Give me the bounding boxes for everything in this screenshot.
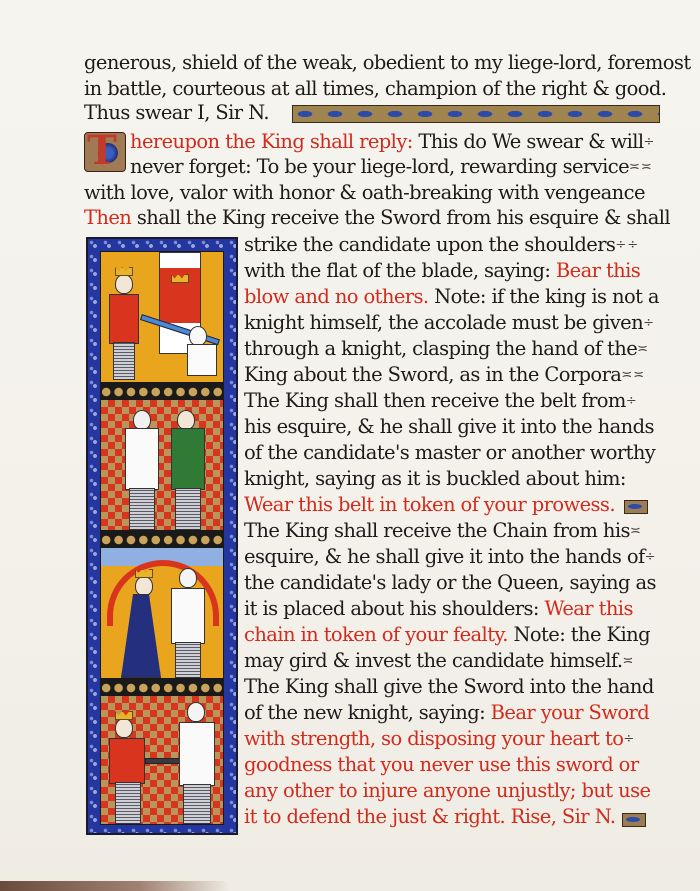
- text-line-2: in battle, courteous at all times, champ…: [84, 76, 666, 102]
- knight-head-icon: [177, 410, 195, 430]
- rubric-segment: chain in token of your fealty.: [244, 623, 508, 646]
- text-line-26: of the new knight, saying: Bear your Swo…: [244, 700, 649, 726]
- line-filler-icon: ÷: [645, 550, 657, 565]
- text-line-22: it is placed about his shoulders: Wear t…: [244, 596, 633, 622]
- drop-cap-initial: T: [84, 132, 126, 172]
- esquire-tunic-icon: [125, 428, 159, 490]
- text-segment: This do We swear & will: [413, 130, 644, 153]
- text-line-20: esquire, & he shall give it into the han…: [244, 544, 657, 571]
- king-head-icon: [115, 274, 133, 294]
- king-head-icon: [115, 718, 133, 738]
- text-line-9: with the flat of the blade, saying: Bear…: [244, 258, 640, 284]
- text-line-30: it to defend the just & right. Rise, Sir…: [244, 804, 615, 830]
- text-line-6: with love, valor with honor & oath-break…: [84, 180, 645, 206]
- text-segment: in battle, courteous at all times, champ…: [84, 77, 666, 100]
- text-line-5: never forget: To be your liege-lord, rew…: [130, 154, 653, 181]
- knight-green-tunic-icon: [171, 428, 205, 490]
- text-line-4: hereupon the King shall reply: This do W…: [130, 129, 655, 156]
- miniature-panel-chain: [100, 547, 224, 679]
- rubric-segment: hereupon the King shall reply:: [130, 130, 413, 153]
- text-segment: through a knight, clasping the hand of t…: [244, 337, 637, 360]
- text-line-25: The King shall give the Sword into the h…: [244, 674, 654, 700]
- text-segment: generous, shield of the weak, obedient t…: [84, 51, 691, 74]
- knight-white-tunic-icon: [171, 588, 205, 644]
- rubric-segment: it to defend the just & right. Rise, Sir…: [244, 805, 615, 828]
- text-line-24: may gird & invest the candidate himself.…: [244, 648, 634, 675]
- rubric-segment: Wear this belt in token of your prowess.: [244, 493, 615, 516]
- text-line-28: goodness that you never use this sword o…: [244, 752, 639, 778]
- line-filler-icon: ≍: [630, 524, 642, 539]
- line-filler-icon: ÷: [643, 135, 655, 150]
- text-segment: The King shall receive the Chain from hi…: [244, 519, 630, 542]
- candidate-head-icon: [189, 326, 207, 346]
- line-filler-icon: ≍: [637, 342, 649, 357]
- page-edge-shadow: [0, 881, 230, 891]
- text-segment: shall the King receive the Sword from hi…: [131, 206, 670, 229]
- rubric-segment: with strength, so disposing your heart t…: [244, 727, 623, 750]
- knight-mail-legs-icon: [175, 642, 201, 678]
- text-line-10: blow and no others. Note: if the king is…: [244, 284, 659, 310]
- new-knight-tunic-icon: [179, 722, 215, 786]
- text-segment: strike the candidate upon the shoulders: [244, 233, 615, 256]
- king-mail-legs-icon: [115, 782, 141, 824]
- lady-head-icon: [135, 576, 153, 596]
- line-filler-icon: ≍≍: [621, 368, 645, 383]
- text-segment: Thus swear I, Sir N.: [84, 101, 269, 124]
- miniature-panel-dubbing: [100, 251, 224, 383]
- knight-head-icon: [179, 568, 197, 588]
- text-segment: his esquire, & he shall give it into the…: [244, 415, 654, 438]
- text-line-19: The King shall receive the Chain from hi…: [244, 518, 642, 545]
- new-knight-head-icon: [187, 702, 205, 722]
- text-line-17: knight, saying as it is buckled about hi…: [244, 466, 626, 492]
- line-filler-icon: ÷÷: [615, 238, 639, 253]
- text-segment: Note: the King: [508, 623, 650, 646]
- rubric-initial: Then: [84, 206, 131, 229]
- knight-mail-legs-icon: [175, 488, 201, 530]
- miniature-panel-belt: [100, 399, 224, 531]
- text-segment: knight himself, the accolade must be giv…: [244, 311, 643, 334]
- king-crown-icon: [115, 711, 133, 720]
- text-line-18: Wear this belt in token of your prowess.: [244, 492, 615, 518]
- rubric-segment: any other to injure anyone unjustly; but…: [244, 779, 650, 802]
- miniature-panel-sword: [100, 695, 224, 825]
- new-knight-mail-legs-icon: [183, 784, 211, 824]
- text-segment: esquire, & he shall give it into the han…: [244, 545, 645, 568]
- text-line-12: through a knight, clasping the hand of t…: [244, 336, 649, 363]
- drop-cap-letter: T: [87, 129, 117, 173]
- text-line-13: King about the Sword, as in the Corpora≍…: [244, 362, 645, 389]
- esquire-head-icon: [133, 410, 151, 430]
- decorative-line-fill: [292, 105, 660, 123]
- text-line-15: his esquire, & he shall give it into the…: [244, 414, 654, 440]
- text-line-11: knight himself, the accolade must be giv…: [244, 310, 655, 337]
- text-line-16: of the candidate's master or another wor…: [244, 440, 655, 466]
- line-filler-icon: ÷: [626, 394, 638, 409]
- text-segment: The King shall give the Sword into the h…: [244, 675, 654, 698]
- text-segment: never forget: To be your liege-lord, rew…: [130, 155, 629, 178]
- king-surcoat-icon: [109, 738, 145, 784]
- text-segment: with love, valor with honor & oath-break…: [84, 181, 645, 204]
- line-filler-icon: ≍: [622, 654, 634, 669]
- text-line-21: the candidate's lady or the Queen, sayin…: [244, 570, 656, 596]
- text-segment: knight, saying as it is buckled about hi…: [244, 467, 626, 490]
- text-segment: may gird & invest the candidate himself.: [244, 649, 622, 672]
- king-mail-legs-icon: [113, 342, 135, 380]
- text-line-8: strike the candidate upon the shoulders÷…: [244, 232, 639, 259]
- text-line-7: Then shall the King receive the Sword fr…: [84, 205, 670, 231]
- text-line-14: The King shall then receive the belt fro…: [244, 388, 638, 415]
- candidate-tunic-icon: [187, 344, 217, 376]
- rubric-segment: Wear this: [544, 597, 632, 620]
- king-surcoat-icon: [109, 294, 139, 344]
- rubric-segment: goodness that you never use this sword o…: [244, 753, 639, 776]
- text-segment: Note: if the king is not a: [429, 285, 659, 308]
- line-filler-icon: ≍≍: [629, 160, 653, 175]
- text-segment: The King shall then receive the belt fro…: [244, 389, 626, 412]
- text-segment: of the new knight, saying:: [244, 701, 491, 724]
- text-line-27: with strength, so disposing your heart t…: [244, 726, 635, 753]
- text-line-29: any other to injure anyone unjustly; but…: [244, 778, 650, 804]
- text-segment: of the candidate's master or another wor…: [244, 441, 655, 464]
- text-segment: King about the Sword, as in the Corpora: [244, 363, 621, 386]
- king-crown-icon: [115, 267, 133, 276]
- illuminated-border-column: [86, 237, 238, 835]
- text-segment: with the flat of the blade, saying:: [244, 259, 556, 282]
- rubric-segment: blow and no others.: [244, 285, 429, 308]
- esquire-mail-legs-icon: [129, 488, 155, 530]
- text-line-23: chain in token of your fealty. Note: the…: [244, 622, 650, 648]
- text-segment: it is placed about his shoulders:: [244, 597, 544, 620]
- text-line-1: generous, shield of the weak, obedient t…: [84, 50, 691, 76]
- line-filler-icon: ÷: [623, 732, 635, 747]
- rubric-segment: Bear this: [556, 259, 640, 282]
- line-filler-icon: ÷: [643, 316, 655, 331]
- mini-line-fill-icon: [624, 500, 648, 514]
- text-segment: the candidate's lady or the Queen, sayin…: [244, 571, 656, 594]
- rubric-segment: Bear your Sword: [491, 701, 649, 724]
- text-line-3: Thus swear I, Sir N.: [84, 100, 269, 126]
- mini-line-fill-icon: [622, 813, 646, 827]
